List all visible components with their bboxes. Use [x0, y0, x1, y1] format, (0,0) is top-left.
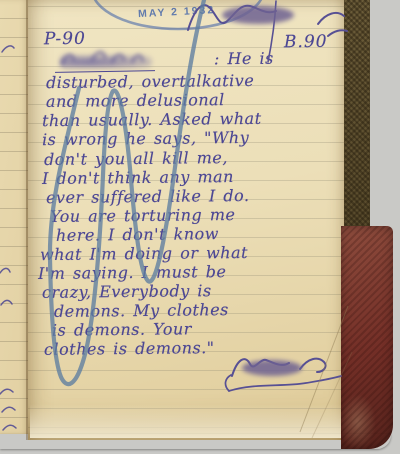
- note-line: clothes is demons.": [44, 338, 215, 359]
- note-line: what I'm doing or what: [40, 243, 248, 264]
- note-line: demons. My clothes: [54, 300, 229, 321]
- note-line: and more delusional: [46, 90, 225, 111]
- note-line: than usually. Asked what: [42, 109, 262, 130]
- note-line: is wrong he says, "Why: [42, 128, 249, 149]
- note-line: disturbed, overtalkative: [46, 71, 254, 92]
- note-line: here. I don't know: [56, 224, 219, 245]
- page-number-left: P-90: [44, 29, 86, 49]
- binding-strip: [344, 0, 370, 258]
- notebook-scan: MAY 2 1932 P-90 B.90 : He is disturbed, …: [0, 0, 400, 454]
- note-line: You are torturing me: [50, 205, 236, 226]
- note-line: crazy, Everybody is: [42, 281, 212, 302]
- note-line: don't you all kill me,: [44, 148, 228, 169]
- leather-cover-corner: [341, 226, 393, 449]
- note-line: is demons. Your: [52, 319, 192, 339]
- note-line: I don't think any man: [42, 167, 234, 188]
- page-stack-edge: [30, 404, 344, 438]
- note-line: I'm saying. I must be: [38, 262, 227, 283]
- redacted-initials: [60, 55, 152, 69]
- note-line: ever suffered like I do.: [46, 186, 250, 207]
- page-number-right: B.90: [284, 32, 328, 52]
- note-lead-in: : He is: [214, 49, 274, 69]
- cover-bottom-edge: [0, 434, 391, 449]
